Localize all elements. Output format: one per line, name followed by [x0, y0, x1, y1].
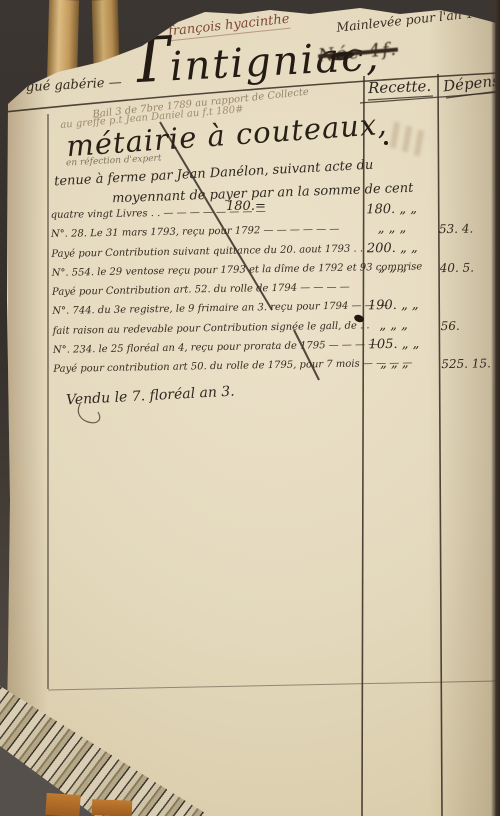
- row-recette-value: 190. „ „: [352, 298, 434, 314]
- ink-bleedthrough-mark: [390, 122, 400, 149]
- ink-bleedthrough-mark: [414, 130, 424, 157]
- row-description: N°. 28. Le 31 mars 1793, reçu pour 1792 …: [51, 224, 340, 240]
- row-recette-value: „ „ „: [351, 221, 433, 237]
- ink-speck: [384, 141, 388, 145]
- row-recette-value: „ „ „: [352, 317, 434, 333]
- row-recette-value: 105. „ „: [353, 336, 435, 352]
- column-header-recette: Recette.: [368, 77, 432, 97]
- book-board-edge: [45, 793, 80, 816]
- row-description: quatre vingt Livres . . — — — — — — — —: [51, 206, 266, 221]
- row-recette-value: [352, 278, 434, 279]
- row-recette-value: „ „ „: [351, 259, 433, 275]
- row-description: fait raison au redevable pour Contributi…: [53, 320, 370, 337]
- photograph-of-ledger-page: françois hyacinthe Mainlevée pour l'an 1…: [0, 0, 500, 816]
- footer-note: Vendu le 7. floréal an 3.: [66, 384, 235, 409]
- page-right-curve-shadow: [428, 0, 494, 816]
- row-recette-value: „ „ „: [353, 356, 435, 372]
- book-gutter-shadow: [491, 0, 500, 816]
- row-description: N°. 744. du 3e registre, le 9 frimaire a…: [52, 301, 388, 318]
- ink-bleedthrough-mark: [402, 126, 412, 153]
- parchment-page: françois hyacinthe Mainlevée pour l'an 1…: [0, 0, 500, 816]
- row-recette-value: 200. „ „: [351, 240, 433, 256]
- row-description: N°. 234. le 25 floréal an 4, reçu pour p…: [53, 339, 378, 356]
- row-description: Payé pour Contribution suivant quittance…: [51, 243, 369, 260]
- margin-place-note: ergué gabérie —: [12, 75, 122, 96]
- book-board-edge: [92, 799, 133, 816]
- row-description: Payé pour Contribution art. 52. du rolle…: [52, 282, 350, 298]
- row-recette-value: 180. „ „: [350, 201, 432, 217]
- ledger-rows: quatre vingt Livres . . — — — — — — — —1…: [51, 200, 500, 381]
